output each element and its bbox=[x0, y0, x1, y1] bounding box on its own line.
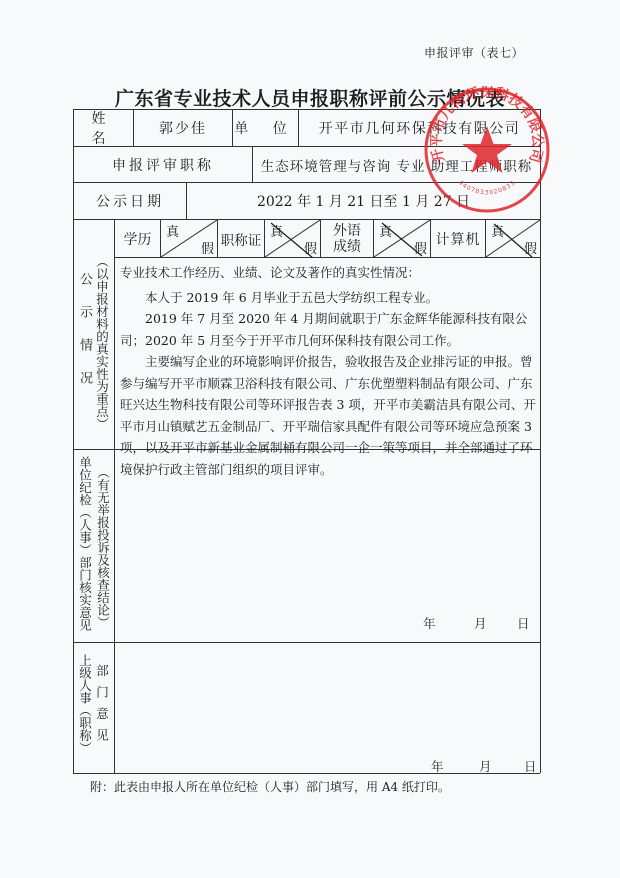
verify-language-box: 真 假 bbox=[374, 220, 430, 257]
superior-review-month: 月 bbox=[479, 757, 492, 775]
superior-review-day: 日 bbox=[524, 757, 537, 775]
discipline-review-note: （有无举报投诉及核查结论） bbox=[96, 466, 109, 629]
discipline-review-day: 日 bbox=[517, 614, 530, 632]
title-label: 申报评审职称 bbox=[74, 147, 252, 182]
verify-certificate-label: 职称证 bbox=[218, 220, 264, 257]
cross-mark-icon bbox=[486, 220, 540, 257]
unit-label: 单 位 bbox=[233, 110, 298, 146]
date-label: 公示日期 bbox=[74, 183, 186, 219]
publicity-heading: 专业技术工作经历、业绩、论文及著作的真实性情况： bbox=[120, 262, 538, 284]
label-line: 外语 bbox=[333, 223, 361, 239]
form-code: 申报评审（表七） bbox=[424, 44, 524, 61]
publicity-section-note: （以申报材料的真实性为重点） bbox=[95, 255, 108, 430]
verify-education-label: 学历 bbox=[115, 220, 160, 257]
verify-language-label: 外语 成绩 bbox=[321, 220, 373, 257]
discipline-review-year: 年 bbox=[423, 614, 436, 632]
footnote: 附：此表由申报人所在单位纪检（人事）部门填写，用 A4 纸打印。 bbox=[90, 778, 450, 795]
cross-mark-icon bbox=[374, 220, 430, 257]
diagonal-mark-icon bbox=[161, 220, 217, 257]
verify-education-box: 真 假 bbox=[161, 220, 217, 257]
svg-text:4407833020833: 4407833020833 bbox=[457, 179, 517, 196]
superior-review-year: 年 bbox=[431, 757, 444, 775]
verify-computer-box: 真 假 bbox=[486, 220, 540, 257]
company-seal-icon: 开平市几何环保科技有限公司 4407833020833 bbox=[423, 86, 551, 214]
publicity-section-label: 公示情况 bbox=[78, 272, 91, 404]
verify-certificate-box: 真 假 bbox=[265, 220, 320, 257]
superior-review-label: 上级人事（职称） bbox=[78, 654, 91, 754]
verify-computer-label: 计算机 bbox=[431, 220, 485, 257]
cross-mark-icon bbox=[265, 220, 320, 257]
publicity-paragraph: 本人于 2019 年 6 月毕业于五邑大学纺织工程专业。 bbox=[120, 287, 538, 309]
name-label: 姓 名 bbox=[74, 110, 133, 146]
name-value: 郭少佳 bbox=[134, 110, 232, 146]
publicity-paragraph: 主要编写企业的环境影响评价报告，验收报告及企业排污证的申报。曾参与编写开平市顺霖… bbox=[120, 351, 538, 480]
discipline-review-label: 单位纪检（人事）部门核实意见 bbox=[78, 456, 91, 631]
label-line: 成绩 bbox=[333, 239, 361, 255]
publicity-content: 专业技术工作经历、业绩、论文及著作的真实性情况： 本人于 2019 年 6 月毕… bbox=[120, 262, 538, 480]
publicity-paragraph: 2019 年 7 月至 2020 年 4 月期间就职于广东金辉华能源科技有限公司… bbox=[120, 308, 538, 351]
superior-review-label-2: 部门意见 bbox=[95, 664, 108, 750]
discipline-review-month: 月 bbox=[474, 614, 487, 632]
